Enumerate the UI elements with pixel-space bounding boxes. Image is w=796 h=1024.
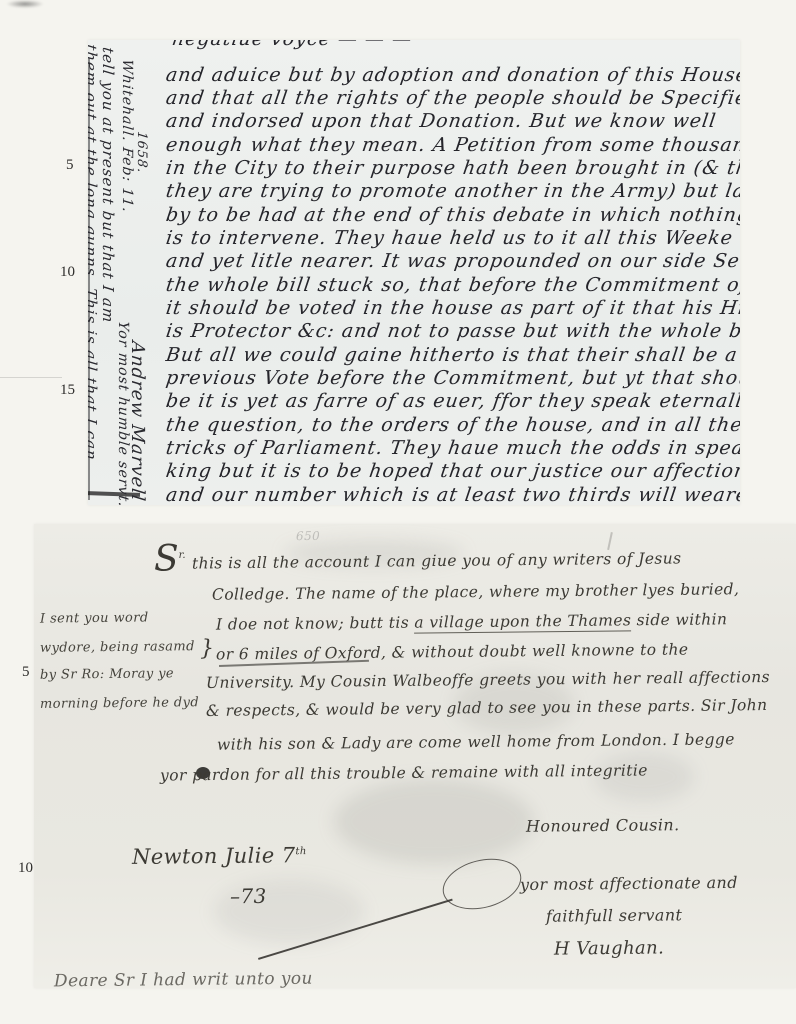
manuscript-line: it should be voted in the house as part … xyxy=(165,299,740,318)
line-segment: I doe not know; butt tis xyxy=(216,614,415,634)
manuscript-line: yor pardon for all this trouble & remain… xyxy=(160,763,648,784)
bleedthrough-stain xyxy=(334,779,534,864)
dateline: Newton Julie 7th xyxy=(132,845,307,868)
margin-note-line: I sent you word xyxy=(40,611,149,625)
manuscript-line: & respects, & would be very glad to see … xyxy=(206,698,768,719)
manuscript-line: negatiue voyce — — — xyxy=(171,40,414,49)
vertical-margin-line: them out at the long gunns. This is all … xyxy=(88,43,98,461)
manuscript-line: be it is yet as farre of as euer, ffor t… xyxy=(165,392,740,411)
manuscript-line: enough what they mean. A Petition from s… xyxy=(165,136,740,155)
manuscript-line: by to be had at the end of this debate i… xyxy=(165,206,740,225)
vertical-signature-marvell: Andrew Marvell xyxy=(128,340,146,503)
manuscript-line: and our number which is at least two thi… xyxy=(165,486,740,505)
manuscript-line: this is all the account I can giue you o… xyxy=(192,551,682,572)
manuscript-line: in the City to their purpose hath been b… xyxy=(165,159,740,178)
postscript-partial-line: Deare Sr I had writ unto you xyxy=(54,971,313,988)
vertical-margin-line: tell you at present but that I am xyxy=(100,46,115,324)
line-number: 15 xyxy=(60,382,75,399)
marvell-letter-facsimile: negatiue voyce — — — and aduice but by a… xyxy=(88,40,740,505)
manuscript-line: with his son & Lady are come well home f… xyxy=(217,732,735,753)
date-place: Newton Julie 7 xyxy=(132,843,296,869)
manuscript-line: king but it is to be hoped that our just… xyxy=(165,462,740,481)
manuscript-line: University. My Cousin Walbeoffe greets y… xyxy=(206,670,770,691)
manuscript-line: and yet litle nearer. It was propounded … xyxy=(165,252,740,271)
manuscript-line: or 6 miles of Oxford, & without doubt we… xyxy=(216,643,689,663)
margin-note-line: morning before he dyd xyxy=(40,696,199,711)
manuscript-line: and that all the rights of the people sh… xyxy=(165,89,740,108)
line-number: 5 xyxy=(66,157,74,174)
manuscript-line: is Protector &c: and not to passe but wi… xyxy=(165,322,740,341)
insertion-brace: } xyxy=(200,638,215,660)
vertical-dateline: Whitehall. Feb: 11. xyxy=(120,59,134,214)
salutation-letter: S xyxy=(154,539,179,580)
vaughan-letter-facsimile: 650 Sr. this is all the account I can gi… xyxy=(34,524,796,988)
signature-vaughan: H Vaughan. xyxy=(554,939,664,958)
manuscript-line: the question, to the orders of the house… xyxy=(165,416,740,435)
salutation-initial: Sr. xyxy=(154,542,186,578)
scan-smudge xyxy=(6,0,44,8)
date-year: –73 xyxy=(230,886,267,906)
line-number: 10 xyxy=(60,264,75,281)
valediction-line: yor most affectionate and xyxy=(520,875,738,893)
manuscript-line: Colledge. The name of the place, where m… xyxy=(212,582,739,603)
manuscript-line: But all we could gaine hitherto is that … xyxy=(165,346,739,365)
manuscript-line: and indorsed upon that Donation. But we … xyxy=(165,112,718,131)
underlined-segment: a village upon the Thames xyxy=(414,611,631,633)
line-number: 10 xyxy=(18,860,33,877)
margin-rule xyxy=(0,377,62,378)
salutation-superscript: r. xyxy=(179,550,186,561)
line-segment: side within xyxy=(631,610,727,629)
valediction-line: faithfull servant xyxy=(546,907,682,924)
margin-note-line: by Sr Ro: Moray ye xyxy=(40,667,174,681)
manuscript-line: previous Vote before the Commitment, but… xyxy=(165,369,740,388)
faint-bleed-mark: 650 xyxy=(296,530,320,542)
line-number: 5 xyxy=(22,664,30,681)
date-superscript: th xyxy=(295,846,306,857)
closing-line: Honoured Cousin. xyxy=(526,817,680,835)
manuscript-line: they are trying to promote another in th… xyxy=(165,182,740,201)
manuscript-line: the whole bill stuck so, that before the… xyxy=(165,276,740,295)
manuscript-line: is to intervene. They haue held us to it… xyxy=(165,229,735,248)
manuscript-line: and aduice but by adoption and donation … xyxy=(165,66,740,85)
book-page: 5 10 15 5 10 negatiue voyce — — — and ad… xyxy=(0,0,796,1024)
manuscript-line: I doe not know; butt tis a village upon … xyxy=(216,612,727,633)
faint-mark xyxy=(607,532,612,550)
vertical-year: 1658. xyxy=(135,131,148,175)
margin-note-line: wydore, being rasamd xyxy=(40,640,195,655)
manuscript-line: tricks of Parliament. They haue much the… xyxy=(165,439,740,458)
